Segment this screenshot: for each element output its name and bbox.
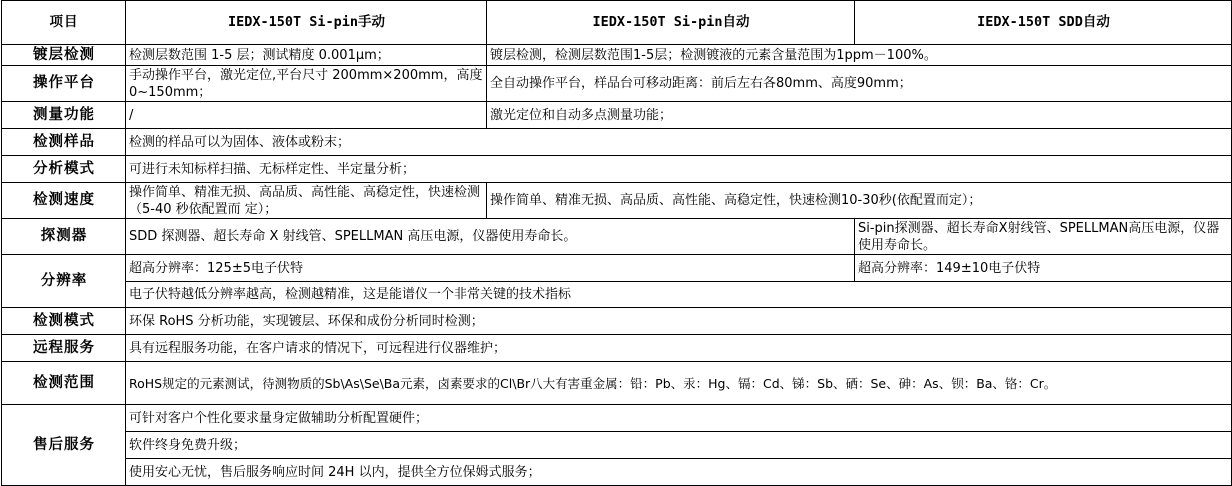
cell-aftersales-2: 软件终身免费升级； (126, 432, 1232, 459)
cell-sipin: 超高分辨率：149±10电子伏特 (855, 255, 1232, 282)
row-resolution: 分辨率 超高分辨率：125±5电子伏特 超高分辨率：149±10电子伏特 (2, 255, 1232, 282)
row-mode: 检测模式 环保 RoHS 分析功能，实现镀层、环保和成份分析同时检测； (2, 308, 1232, 335)
cell-manual: 手动操作平台，激光定位,平台尺寸 200mm×200mm，高度 0~150mm； (126, 66, 487, 102)
cell-manual: 操作简单、精准无损、高品质、高性能、高稳定性，快速检测（5-40 秒依配置而 定… (126, 183, 487, 219)
spec-comparison-table: 项目 IEDX-150T Si-pin手动 IEDX-150T Si-pin自动… (1, 0, 1232, 486)
row-speed: 检测速度 操作简单、精准无损、高品质、高性能、高稳定性，快速检测（5-40 秒依… (2, 183, 1232, 219)
row-detector: 探测器 SDD 探测器、超长寿命 X 射线管、SPELLMAN 高压电源，仪器使… (2, 219, 1232, 255)
cell-value: RoHS规定的元素测试，待测物质的Sb\As\Se\Ba元素，卤素要求的Cl\B… (126, 362, 1232, 405)
header-item: 项目 (2, 1, 126, 45)
row-label: 镀层检测 (2, 45, 126, 66)
header-sdd-auto: IEDX-150T SDD自动 (855, 1, 1232, 45)
row-label: 远程服务 (2, 335, 126, 362)
row-label: 检测模式 (2, 308, 126, 335)
row-resolution-note: 电子伏特越低分辨率越高，检测越精准，这是能谱仪一个非常关键的技术指标 (2, 282, 1232, 308)
cell-auto: 全自动操作平台，样品台可移动距离：前后左右各80mm、高度90mm； (487, 66, 1232, 102)
row-aftersales: 售后服务 可针对客户个性化要求量身定做辅助分析配置硬件； (2, 405, 1232, 432)
row-label: 操作平台 (2, 66, 126, 102)
cell-sdd: 超高分辨率：125±5电子伏特 (126, 255, 855, 282)
row-label: 分析模式 (2, 156, 126, 183)
row-remote: 远程服务 具有远程服务功能，在客户请求的情况下，可远程进行仪器维护； (2, 335, 1232, 362)
cell-auto: 激光定位和自动多点测量功能； (487, 102, 1232, 129)
cell-aftersales-3: 使用安心无忧，售后服务响应时间 24H 以内，提供全方位保姆式服务； (126, 459, 1232, 486)
cell-value: 具有远程服务功能，在客户请求的情况下，可远程进行仪器维护； (126, 335, 1232, 362)
row-aftersales-2: 软件终身免费升级； (2, 432, 1232, 459)
cell-sdd: SDD 探测器、超长寿命 X 射线管、SPELLMAN 高压电源，仪器使用寿命长… (126, 219, 855, 255)
header-row: 项目 IEDX-150T Si-pin手动 IEDX-150T Si-pin自动… (2, 1, 1232, 45)
cell-manual: / (126, 102, 487, 129)
row-plating: 镀层检测 检测层数范围 1-5 层；测试精度 0.001μm； 镀层检测，检测层… (2, 45, 1232, 66)
cell-sipin: Si-pin探测器、超长寿命X射线管、SPELLMAN高压电源，仪器使用寿命长。 (855, 219, 1232, 255)
cell-value: 检测的样品可以为固体、液体或粉末； (126, 129, 1232, 156)
cell-aftersales-1: 可针对客户个性化要求量身定做辅助分析配置硬件； (126, 405, 1232, 432)
cell-manual: 检测层数范围 1-5 层；测试精度 0.001μm； (126, 45, 487, 66)
row-label: 分辨率 (2, 255, 126, 308)
cell-value: 可进行未知标样扫描、无标样定性、半定量分析； (126, 156, 1232, 183)
cell-value: 环保 RoHS 分析功能，实现镀层、环保和成份分析同时检测； (126, 308, 1232, 335)
row-range: 检测范围 RoHS规定的元素测试，待测物质的Sb\As\Se\Ba元素，卤素要求… (2, 362, 1232, 405)
cell-auto: 操作简单、精准无损、高品质、高性能、高稳定性，快速检测10-30秒(依配置而定）… (487, 183, 1232, 219)
row-label: 检测样品 (2, 129, 126, 156)
header-sipin-manual: IEDX-150T Si-pin手动 (126, 1, 487, 45)
row-label: 探测器 (2, 219, 126, 255)
row-analysis: 分析模式 可进行未知标样扫描、无标样定性、半定量分析； (2, 156, 1232, 183)
cell-auto: 镀层检测，检测层数范围1-5层；检测镀液的元素含量范围为1ppm－100%。 (487, 45, 1232, 66)
row-measure: 测量功能 / 激光定位和自动多点测量功能； (2, 102, 1232, 129)
row-platform: 操作平台 手动操作平台，激光定位,平台尺寸 200mm×200mm，高度 0~1… (2, 66, 1232, 102)
row-label: 售后服务 (2, 405, 126, 486)
row-label: 检测范围 (2, 362, 126, 405)
cell-note: 电子伏特越低分辨率越高，检测越精准，这是能谱仪一个非常关键的技术指标 (126, 282, 1232, 308)
row-label: 检测速度 (2, 183, 126, 219)
header-sipin-auto: IEDX-150T Si-pin自动 (487, 1, 855, 45)
row-samples: 检测样品 检测的样品可以为固体、液体或粉末； (2, 129, 1232, 156)
row-aftersales-3: 使用安心无忧，售后服务响应时间 24H 以内，提供全方位保姆式服务； (2, 459, 1232, 486)
row-label: 测量功能 (2, 102, 126, 129)
